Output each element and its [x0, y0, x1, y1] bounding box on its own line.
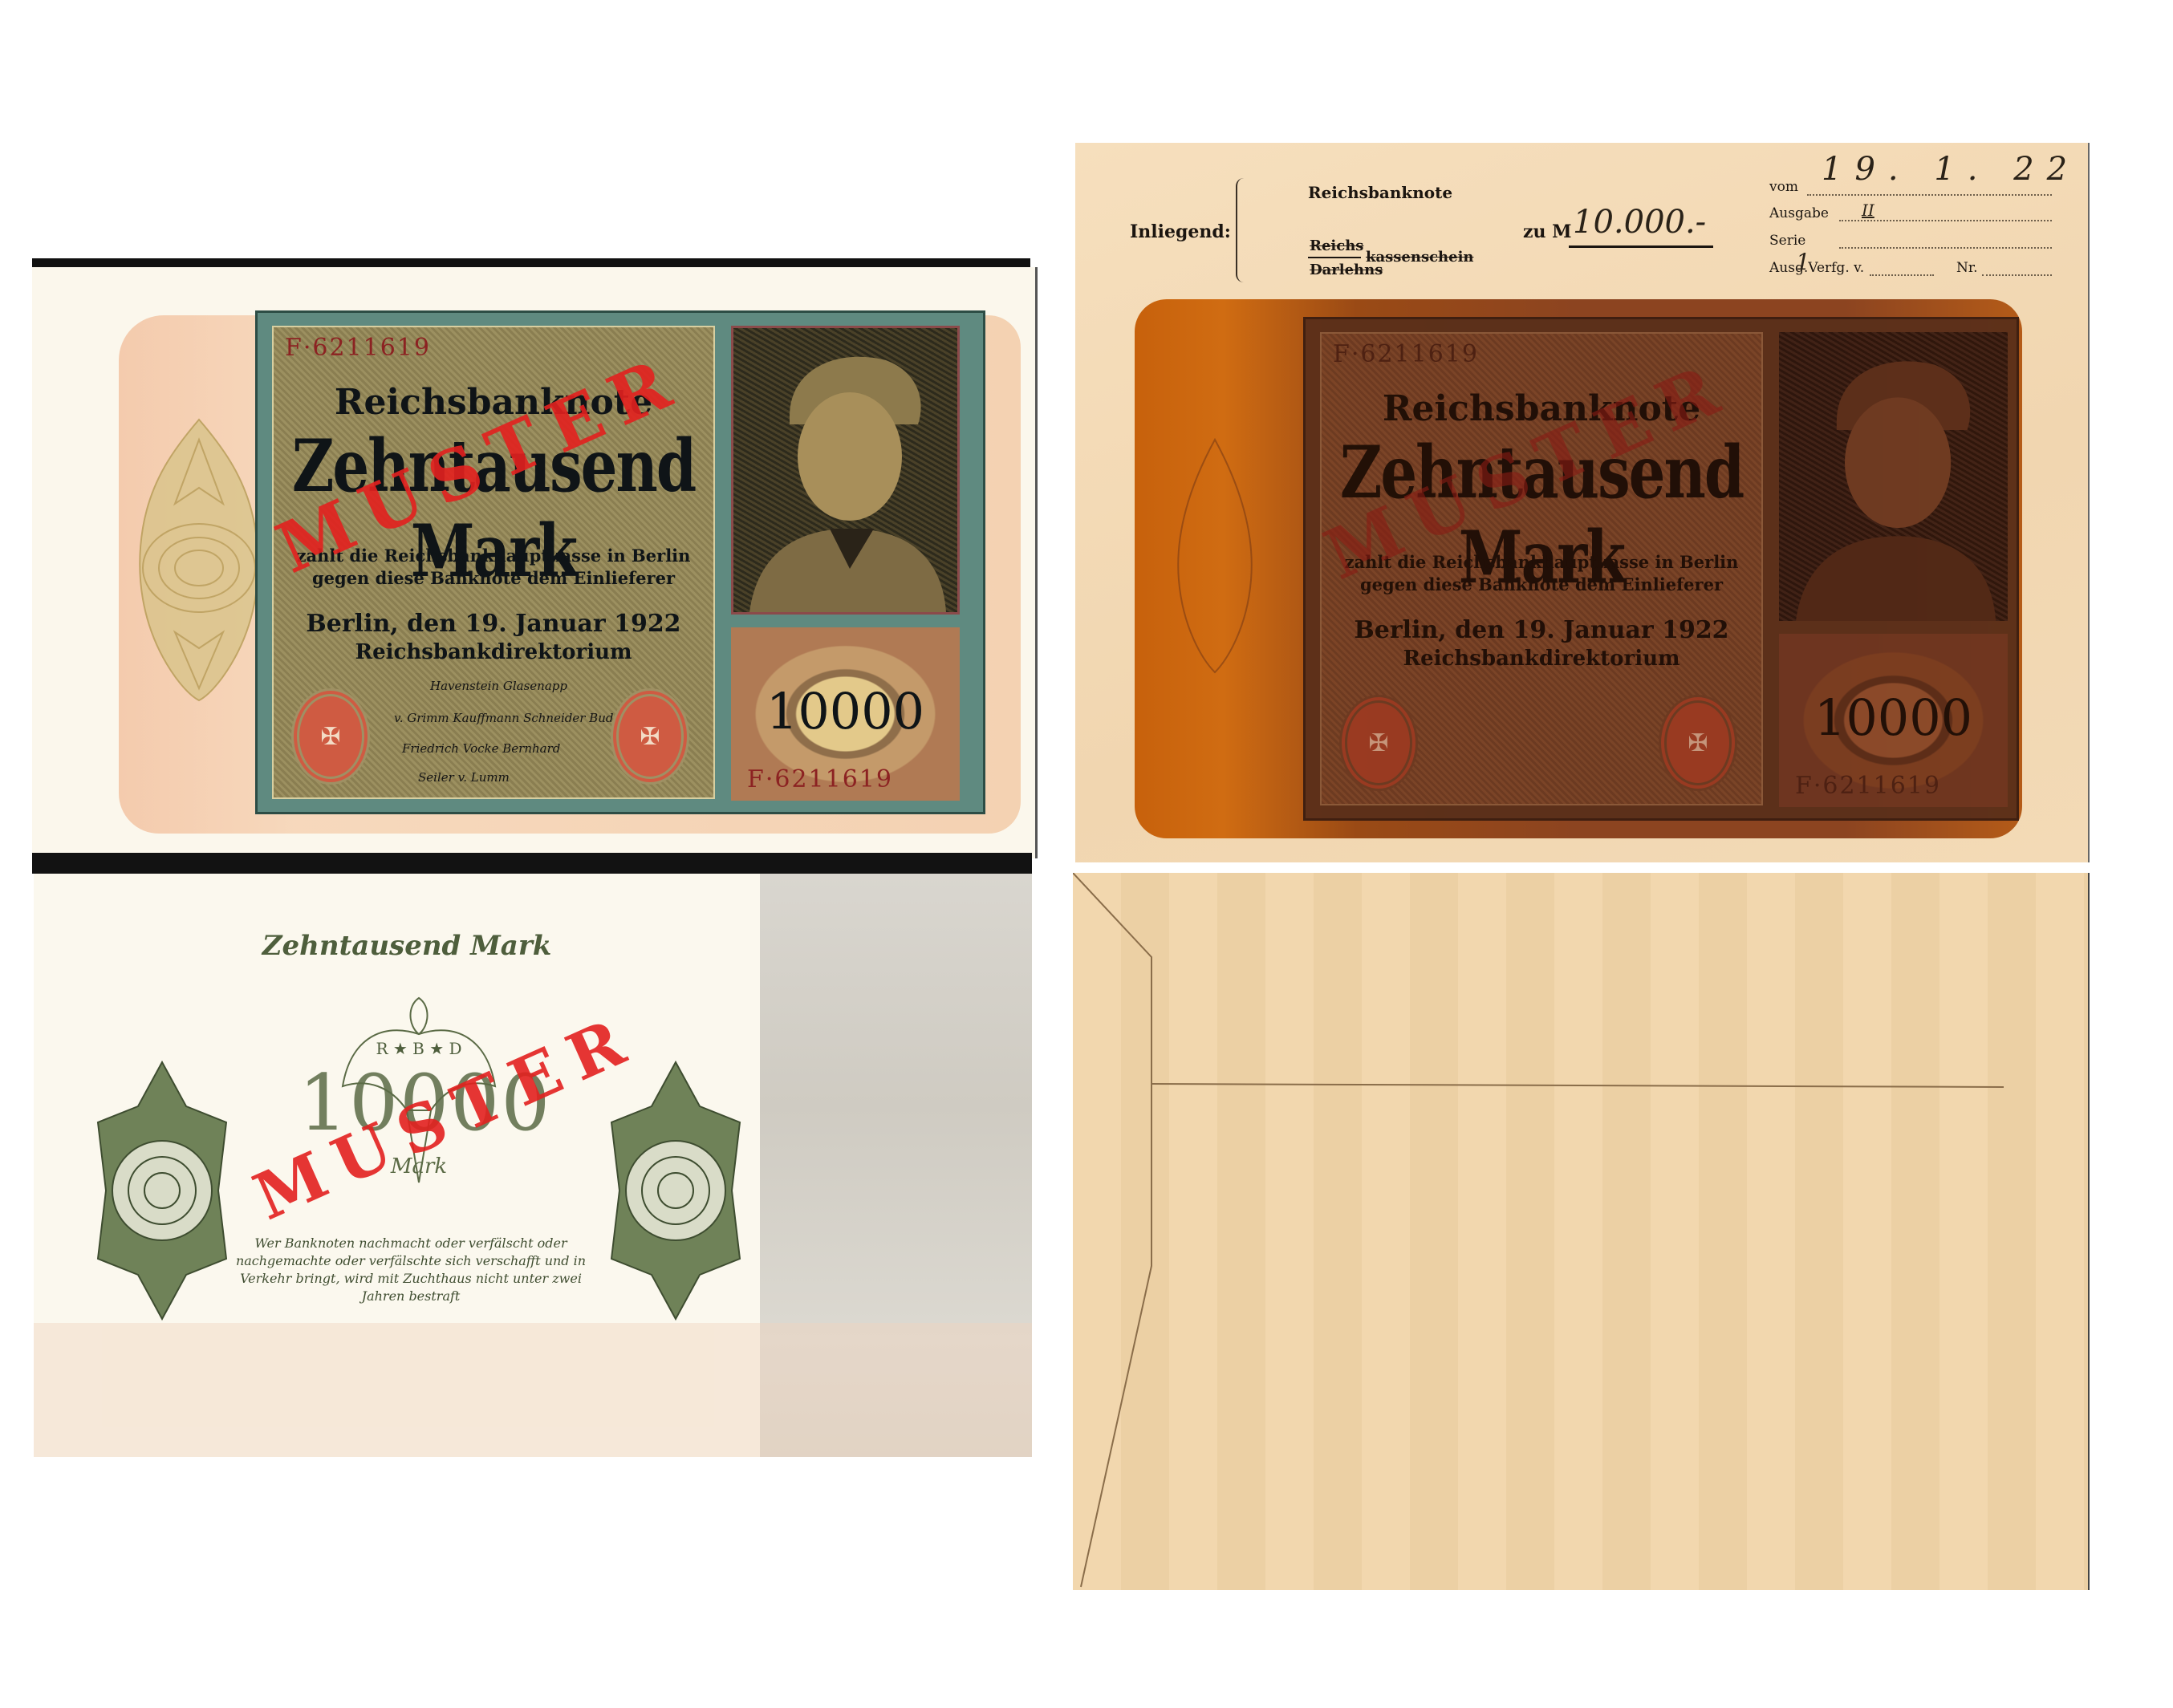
reichsbank-seal-right-icon: ✠	[1659, 695, 1737, 791]
field-ausgabe-label: Ausgabe	[1769, 205, 1829, 221]
field-ausgverfg-label: Ausg.Verfg. v.	[1769, 260, 1864, 276]
signature-row-1: Havenstein Glasenapp	[430, 679, 567, 693]
item-kassenschein-struck: kassenschein	[1366, 249, 1474, 266]
reichsbank-seal-right-icon: ✠	[611, 688, 689, 785]
authority-line: Reichsbankdirektorium	[274, 640, 713, 664]
amount-handwritten[interactable]: 10.000.-	[1573, 204, 1706, 241]
field-ausgabe-line	[1839, 220, 2052, 221]
value-panel: 10000 F·6211619	[1779, 634, 2008, 807]
payment-line-2: gegen diese Banknote dem Einlieferer	[1322, 574, 1761, 594]
watermark-ornament-icon	[1167, 436, 1263, 676]
date-line: Berlin, den 19. Januar 1922	[1322, 616, 1761, 644]
field-vom-value[interactable]: 19. 1. 22	[1822, 151, 2080, 188]
authority-line: Reichsbankdirektorium	[1322, 647, 1761, 671]
envelope-window: F·6211619 Reichsbanknote Zehntausend Mar…	[1135, 299, 2022, 838]
field-ausgverfg-value[interactable]: 1	[1796, 249, 1810, 275]
signature-row-3: Friedrich Vocke Bernhard	[402, 741, 560, 756]
portrait-man-icon	[1779, 332, 2008, 621]
counterfeit-warning: Wer Banknoten nachmacht oder verfälscht …	[226, 1235, 595, 1305]
item-reichsbanknote: Reichsbanknote	[1308, 183, 1452, 202]
serial-number-top: F·6211619	[1333, 340, 1479, 368]
denomination-numeral: 10000	[731, 682, 960, 740]
item-reichs-struck: Reichs	[1310, 237, 1363, 254]
amount-prefix: zu M	[1523, 221, 1572, 242]
scan-edge-shadow	[32, 853, 1032, 874]
envelope-front: Inliegend: Reichsbanknote Reichs Darlehn…	[1075, 143, 2088, 862]
field-vom-label: vom	[1769, 179, 1798, 195]
watermark-ornament-icon	[127, 416, 271, 704]
field-serie-line[interactable]	[1839, 247, 2052, 249]
field-ausgabe-value[interactable]: II	[1862, 201, 1874, 220]
field-nr-line[interactable]	[1982, 274, 2052, 276]
envelope-form-header: Inliegend: Reichsbanknote Reichs Darlehn…	[1075, 143, 2088, 295]
field-vom-line	[1807, 194, 2052, 196]
brace	[1236, 178, 1249, 282]
banknote-frame: F·6211619 Reichsbanknote Zehntausend Mar…	[255, 310, 985, 814]
reichsbank-seal-left-icon: ✠	[1339, 695, 1418, 791]
banknote-through-window: F·6211619 Reichsbanknote Zehntausend Mar…	[1303, 317, 2019, 821]
field-ausgverfg-line	[1870, 274, 1934, 276]
value-panel: 10000 F·6211619	[731, 627, 960, 801]
paper-tint	[34, 1323, 1032, 1457]
reichsbank-seal-left-icon: ✠	[291, 688, 370, 785]
banknote-front: F·6211619 Reichsbanknote Zehntausend Mar…	[32, 267, 1035, 858]
envelope-back	[1073, 873, 2088, 1590]
guilloche-rosette-left-icon	[82, 1058, 242, 1323]
serial-number-top: F·6211619	[285, 334, 431, 362]
portrait-image	[1779, 332, 2008, 621]
portrait-image	[731, 326, 960, 615]
text-panel: F·6211619 Reichsbanknote Zehntausend Mar…	[272, 326, 715, 799]
serial-number-bottom: F·6211619	[747, 765, 893, 793]
banknote-back: Zehntausend Mark R ★ B ★ D 10000 Mark We…	[34, 874, 1032, 1457]
amount-underline	[1569, 245, 1713, 248]
fraction-line	[1308, 257, 1361, 258]
envelope-flap-lines	[1073, 873, 2088, 1590]
denomination-numeral: 10000	[1779, 688, 2008, 747]
portrait-man-icon	[733, 328, 957, 612]
back-title: Zehntausend Mark	[234, 930, 579, 962]
date-line: Berlin, den 19. Januar 1922	[274, 610, 713, 638]
payment-line-2: gegen diese Banknote dem Einlieferer	[274, 568, 713, 588]
field-serie-label: Serie	[1769, 233, 1805, 249]
serial-number-bottom: F·6211619	[1795, 772, 1941, 800]
field-nr-label: Nr.	[1956, 260, 1978, 276]
eagle-initials: R ★ B ★ D	[376, 1039, 461, 1058]
label-inliegend: Inliegend:	[1130, 221, 1231, 242]
signature-row-2: v. Grimm Kauffmann Schneider Budczies	[394, 711, 644, 725]
text-panel: F·6211619 Reichsbanknote Zehntausend Mar…	[1320, 332, 1763, 805]
guilloche-rosette-right-icon	[595, 1058, 756, 1323]
signature-row-4: Seiler v. Lumm	[418, 770, 510, 785]
